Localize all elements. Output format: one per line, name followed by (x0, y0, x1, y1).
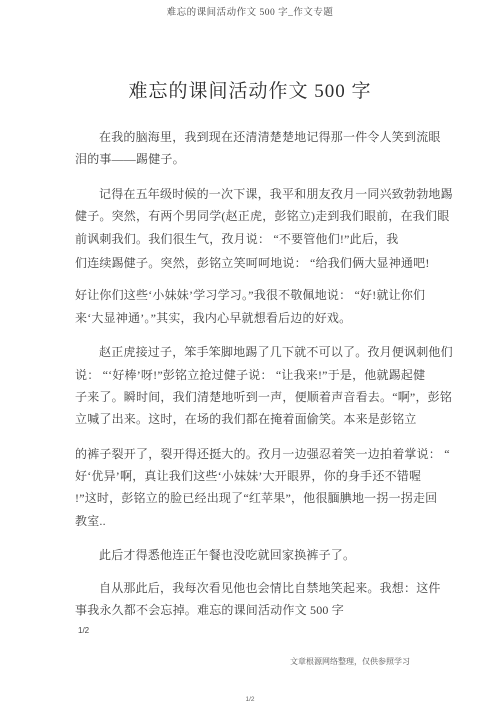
essay-line: 记得在五年级时候的一次下课，我平和朋友孜月一同兴致勃勃地踢 (75, 183, 431, 205)
page-number-inline: 1/2 (78, 626, 89, 635)
essay-line: 在我的脑海里，我到现在还清清楚楚地记得那一件令人笑到流眼 (75, 126, 431, 148)
essay-line: 此后才得悉他连正午餐也没吃就回家换裤子了。 (75, 544, 431, 566)
essay-paragraph: 自从那此后，我每次看见他也会情比自禁地笑起来。我想：这件事我永久都不会忘掉。难忘… (75, 577, 431, 622)
essay-paragraph: 在我的脑海里，我到现在还清清楚楚地记得那一件令人笑到流眼泪的事——踢健子。 (75, 126, 431, 171)
essay-line: 立喊了出来。这时，在场的我们都在掩着面偷笑。本来是彭铭立 (75, 408, 431, 430)
document-header-title: 难忘的课间活动作文 500 字_作文专题 (0, 4, 500, 18)
page-title: 难忘的课间活动作文 500 字 (0, 76, 500, 103)
essay-line: 前讽刺我们。我们很生气，孜月说： “不要管他们!”此后，我 (75, 228, 431, 250)
essay-line: 说： “‘好棒’呀!”彭铭立抢过健子说： “让我来!”于是，他就踢起健 (75, 364, 431, 386)
essay-paragraph: 此后才得悉他连正午餐也没吃就回家换裤子了。 (75, 544, 431, 566)
essay-line: 子来了。瞬时间，我们清楚地听到一声，便顺着声音看去。“啊”，彭铭 (75, 386, 431, 408)
essay-line: 健子。突然，有两个男同学(赵正虎，彭铭立)走到我们眼前，在我们眼 (75, 205, 431, 227)
footer-source-note: 文章根源网络整理，仅供参照学习 (290, 656, 410, 667)
essay-line: 自从那此后，我每次看见他也会情比自禁地笑起来。我想：这件 (75, 577, 431, 599)
essay-paragraph: 好让你们这些‘小妹妹’学习学习。”我很不敬佩地说： “好!就让你们来‘大显神通’… (75, 284, 431, 329)
page-number-bottom: 1/2 (0, 696, 500, 703)
essay-body: 在我的脑海里，我到现在还清清楚楚地记得那一件令人笑到流眼泪的事——踢健子。记得在… (75, 126, 431, 621)
essay-line: 们连续踢健子。突然，彭铭立笑呵呵地说： “给我们俩大显神通吧! (75, 252, 431, 274)
essay-line: 教室.. (75, 510, 431, 532)
essay-line: 好让你们这些‘小妹妹’学习学习。”我很不敬佩地说： “好!就让你们 (75, 284, 431, 306)
document-page: 难忘的课间活动作文 500 字_作文专题 难忘的课间活动作文 500 字 在我的… (0, 0, 500, 708)
essay-line: 赵正虎接过子，笨手笨脚地踢了几下就不可以了。孜月便讽刺他们 (75, 341, 431, 363)
essay-line: 来‘大显神通’。”其实，我内心早就想看后边的好戏。 (75, 307, 431, 329)
essay-paragraph: 记得在五年级时候的一次下课，我平和朋友孜月一同兴致勃勃地踢健子。突然，有两个男同… (75, 183, 431, 250)
essay-line: 泪的事——踢健子。 (75, 148, 431, 170)
essay-paragraph: 的裤子裂开了，裂开得还挺大的。孜月一边强忍着笑一边拍着掌说： “好‘优异’啊，真… (75, 443, 431, 533)
essay-line: 好‘优异’啊，真让我们这些‘小妹妹’大开眼界，你的身手还不错喔 (75, 465, 431, 487)
essay-line: !”这时，彭铭立的脸已经出现了“红苹果”，他很腼腆地一拐一拐走回 (75, 487, 431, 509)
essay-line: 事我永久都不会忘掉。难忘的课间活动作文 500 字 (75, 599, 431, 621)
essay-line: 的裤子裂开了，裂开得还挺大的。孜月一边强忍着笑一边拍着掌说： “ (75, 443, 431, 465)
essay-paragraph: 们连续踢健子。突然，彭铭立笑呵呵地说： “给我们俩大显神通吧! (75, 252, 431, 274)
essay-paragraph: 赵正虎接过子，笨手笨脚地踢了几下就不可以了。孜月便讽刺他们说： “‘好棒’呀!”… (75, 341, 431, 431)
